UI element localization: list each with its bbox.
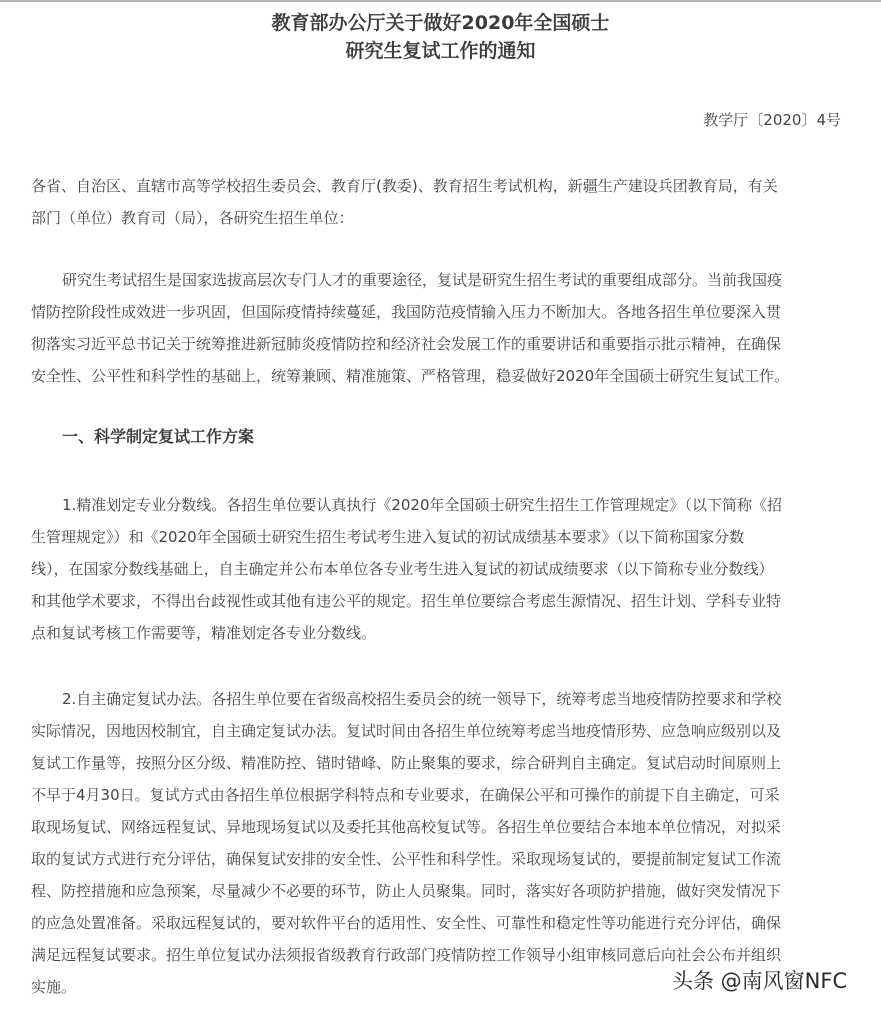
- item-2-line: 的应急处置准备。采取远程复试的，要对软件平台的适用性、安全性、可靠性和稳定性等功…: [31, 907, 846, 939]
- item-1-line: 点和复试考核工作需要等，精准划定各专业分数线。: [31, 617, 846, 649]
- document-title-line-1: 教育部办公厅关于做好2020年全国硕士: [0, 8, 881, 35]
- document-title-line-2: 研究生复试工作的通知: [0, 36, 881, 63]
- item-2-paragraph: 2.自主确定复试办法。各招生单位要在省级高校招生委员会的统一领导下，统筹考虑当地…: [31, 683, 846, 1003]
- item-1-paragraph: 1.精准划定专业分数线。各招生单位要认真执行《2020年全国硕士研究生招生工作管…: [31, 489, 846, 649]
- item-2-line: 取现场复试、网络远程复试、异地现场复试以及委托其他高校复试等。各招生单位要结合本…: [31, 811, 846, 843]
- document-number: 教学厅〔2020〕4号: [703, 109, 841, 130]
- item-2-line: 程、防控措施和应急预案，尽量减少不必要的环节，防止人员聚集。同时，落实好各项防护…: [31, 875, 846, 907]
- item-2-line: 2.自主确定复试办法。各招生单位要在省级高校招生委员会的统一领导下，统筹考虑当地…: [31, 683, 846, 715]
- item-1-line: 生管理规定》）和《2020年全国硕士研究生招生考试考生进入复试的初试成绩基本要求…: [31, 521, 846, 553]
- item-2-line: 实际情况，因地因校制宜，自主确定复试办法。复试时间由各招生单位统筹考虑当地疫情形…: [31, 715, 846, 747]
- addressee-line: 各省、自治区、直辖市高等学校招生委员会、教育厅(教委)、教育招生考试机构，新疆生…: [31, 170, 846, 202]
- addressee-paragraph: 各省、自治区、直辖市高等学校招生委员会、教育厅(教委)、教育招生考试机构，新疆生…: [31, 170, 846, 234]
- item-1-line: 线），在国家分数线基础上，自主确定并公布本单位各专业考生进入复试的初试成绩要求（…: [31, 553, 846, 585]
- item-1-line: 和其他学术要求，不得出台歧视性或其他有违公平的规定。招生单位要综合考虑生源情况、…: [31, 585, 846, 617]
- intro-paragraph: 研究生考试招生是国家选拔高层次专门人才的重要途径，复试是研究生招生考试的重要组成…: [31, 264, 846, 392]
- section-heading: 一、科学制定复试工作方案: [62, 424, 254, 447]
- addressee-line: 部门（单位）教育司（局），各研究生招生单位：: [31, 202, 846, 234]
- item-2-line: 取的复试方式进行充分评估，确保复试安排的安全性、公平性和科学性。采取现场复试的，…: [31, 843, 846, 875]
- intro-line: 情防控阶段性成效进一步巩固，但国际疫情持续蔓延，我国防范疫情输入压力不断加大。各…: [31, 296, 846, 328]
- intro-line: 安全性、公平性和科学性的基础上，统筹兼顾、精准施策、严格管理，稳妥做好2020年…: [31, 360, 846, 392]
- source-watermark: 头条 @南风窗NFC: [672, 965, 847, 995]
- item-2-line: 复试工作量等，按照分区分级、精准防控、错时错峰、防止聚集的要求，综合研判自主确定…: [31, 747, 846, 779]
- top-divider: [0, 0, 881, 2]
- intro-line: 彻落实习近平总书记关于统筹推进新冠肺炎疫情防控和经济社会发展工作的重要讲话和重要…: [31, 328, 846, 360]
- item-1-line: 1.精准划定专业分数线。各招生单位要认真执行《2020年全国硕士研究生招生工作管…: [31, 489, 846, 521]
- intro-line: 研究生考试招生是国家选拔高层次专门人才的重要途径，复试是研究生招生考试的重要组成…: [31, 264, 846, 296]
- item-2-line: 不早于4月30日。复试方式由各招生单位根据学科特点和专业要求，在确保公平和可操作…: [31, 779, 846, 811]
